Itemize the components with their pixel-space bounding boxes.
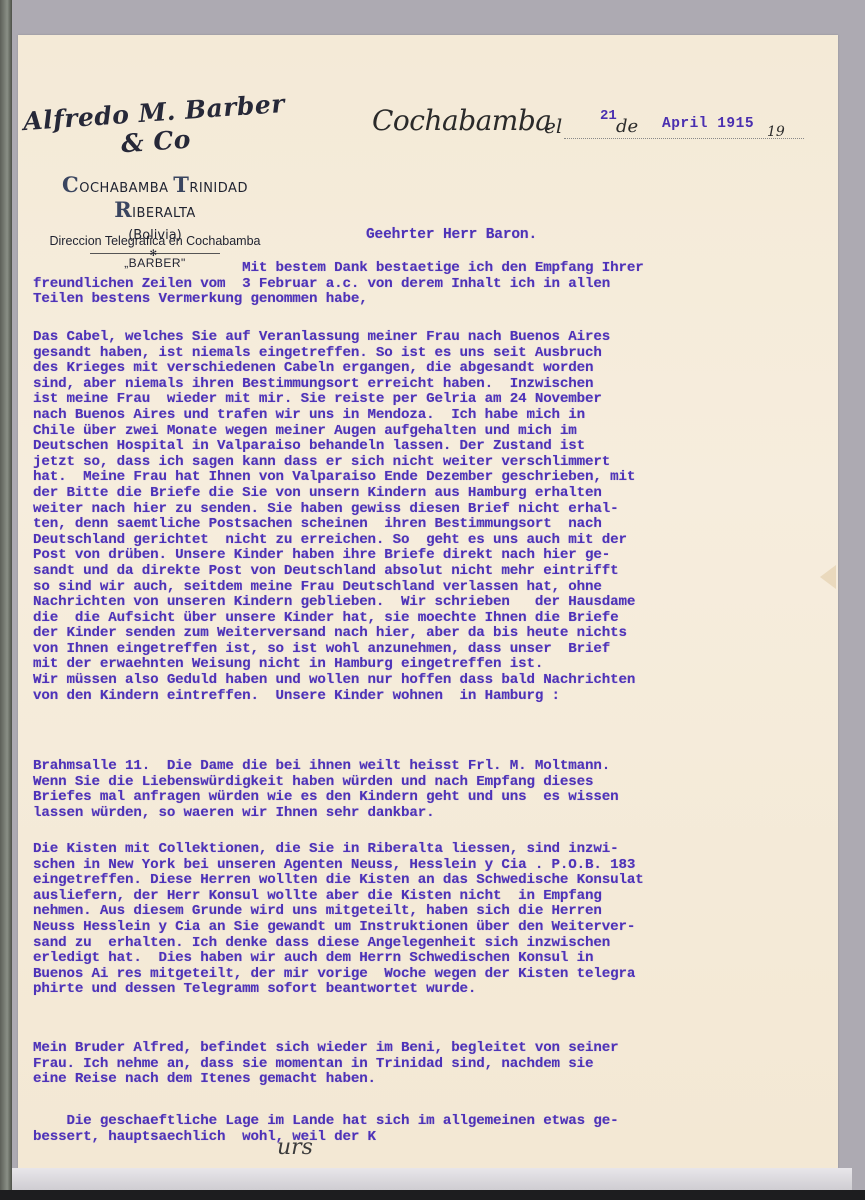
city-name: RINIDAD bbox=[189, 181, 248, 196]
salutation: Geehrter Herr Baron. bbox=[366, 228, 537, 244]
dateline: Cochabamba el 21 de April 1915 19 bbox=[372, 104, 812, 144]
paragraph-6: Die geschaeftliche Lage im Lande hat sic… bbox=[33, 1114, 618, 1145]
letterhead-cities: COCHABAMBA TRINIDAD RIBERALTA bbox=[20, 172, 290, 222]
dateline-day: 21 bbox=[600, 108, 617, 124]
city-initial: T bbox=[173, 172, 189, 197]
city-name: OCHABAMBA bbox=[79, 181, 168, 196]
dateline-printed-19: 19 bbox=[767, 124, 785, 140]
paragraph-4: Die Kisten mit Collektionen, die Sie in … bbox=[33, 842, 644, 998]
dark-surface bbox=[0, 1190, 865, 1200]
handwritten-insert: urs bbox=[277, 1135, 313, 1160]
page-stack-edge bbox=[12, 1168, 852, 1190]
paragraph-5: Mein Bruder Alfred, befindet sich wieder… bbox=[33, 1041, 618, 1088]
dateline-el: el bbox=[544, 114, 562, 138]
dateline-month-year: April 1915 bbox=[662, 116, 754, 132]
paper-fold-corner bbox=[820, 565, 836, 589]
paragraph-3: Brahmsalle 11. Die Dame die bei ihnen we… bbox=[33, 759, 618, 821]
city-name: IBERALTA bbox=[132, 206, 196, 221]
telegraph-line: Direccion Telegrafica en Cochabamba bbox=[20, 234, 290, 248]
company-name: Alfredo M. Barber & Co bbox=[18, 89, 291, 166]
dateline-de: de bbox=[616, 116, 638, 137]
paragraph-2: Das Cabel, welches Sie auf Veranlassung … bbox=[33, 330, 635, 704]
city-initial: R bbox=[114, 197, 132, 222]
paragraph-1: Mit bestem Dank bestaetige ich den Empfa… bbox=[33, 261, 644, 308]
city-initial: C bbox=[62, 172, 79, 197]
dateline-city: Cochabamba bbox=[372, 104, 551, 137]
